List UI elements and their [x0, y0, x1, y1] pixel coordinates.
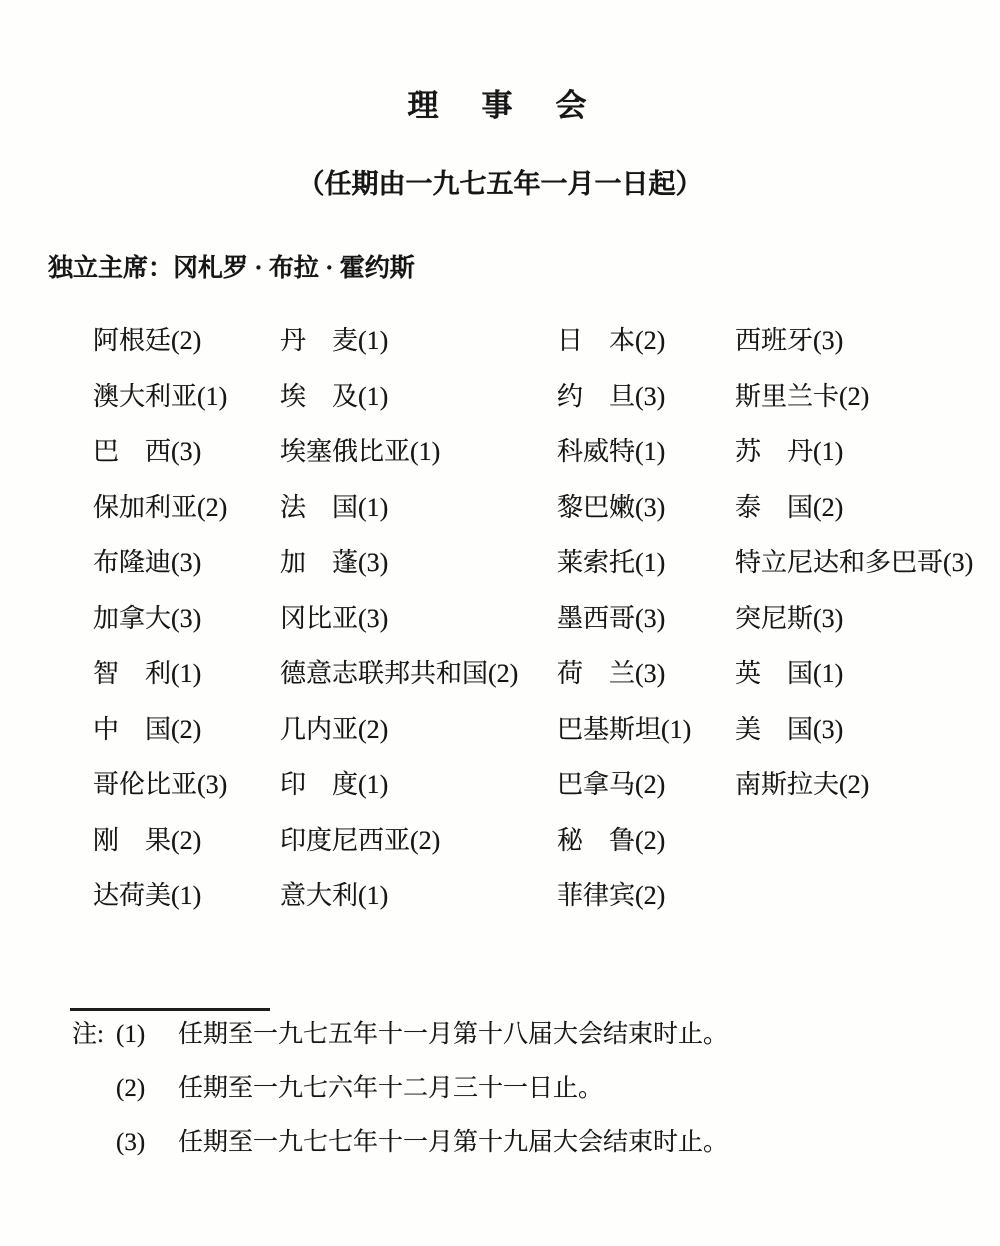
country-entry: 冈比亚(3): [280, 604, 557, 660]
country-entry: 巴拿马(2): [557, 770, 735, 826]
footnote-item: 注: (1) 任期至一九七五年十一月第十八届大会结束时止。: [72, 1019, 932, 1051]
footnote-text: 任期至一九七六年十二月三十一日止。: [178, 1073, 932, 1105]
footnote-number: (2): [116, 1073, 178, 1105]
country-entry: 莱索托(1): [557, 548, 735, 604]
country-entry: 丹 麦(1): [280, 326, 557, 382]
country-entry: 印度尼西亚(2): [280, 826, 557, 882]
term-start-subtitle: （任期由一九七五年一月一日起）: [0, 162, 1000, 201]
country-entry: 德意志联邦共和国(2): [280, 659, 557, 715]
document-title: 理 事 会: [0, 80, 1000, 125]
country-entry: 澳大利亚(1): [93, 382, 280, 438]
footnote-number: (3): [116, 1127, 178, 1159]
country-entry: 哥伦比亚(3): [93, 770, 280, 826]
country-entry: 智 利(1): [93, 659, 280, 715]
country-entry: 美 国(3): [735, 715, 973, 771]
footnote-divider: [70, 1008, 270, 1011]
footnotes: 注: (1) 任期至一九七五年十一月第十八届大会结束时止。 (2) 任期至一九七…: [72, 1019, 932, 1181]
country-entry: 约 旦(3): [557, 382, 735, 438]
country-entry: [735, 881, 973, 937]
footnote-number: (1): [116, 1019, 178, 1051]
country-entry: 加拿大(3): [93, 604, 280, 660]
country-entry: 加 蓬(3): [280, 548, 557, 604]
country-entry: 刚 果(2): [93, 826, 280, 882]
country-entry: 意大利(1): [280, 881, 557, 937]
country-entry: 科威特(1): [557, 437, 735, 493]
country-entry: 菲律宾(2): [557, 881, 735, 937]
country-entry: 达荷美(1): [93, 881, 280, 937]
footnote-item: (3) 任期至一九七七年十一月第十九届大会结束时止。: [72, 1127, 932, 1159]
country-entry: 荷 兰(3): [557, 659, 735, 715]
country-entry: 阿根廷(2): [93, 326, 280, 382]
chairman-name: 冈札罗 · 布拉 · 霍约斯: [173, 255, 415, 282]
country-entry: 印 度(1): [280, 770, 557, 826]
country-entry: 苏 丹(1): [735, 437, 973, 493]
country-entry: 埃 及(1): [280, 382, 557, 438]
country-entry: 突尼斯(3): [735, 604, 973, 660]
council-members-grid: 阿根廷(2)丹 麦(1)日 本(2)西班牙(3)澳大利亚(1)埃 及(1)约 旦…: [93, 326, 973, 937]
country-entry: 巴 西(3): [93, 437, 280, 493]
country-entry: 南斯拉夫(2): [735, 770, 973, 826]
country-entry: 特立尼达和多巴哥(3): [735, 548, 973, 604]
footnote-text: 任期至一九七七年十一月第十九届大会结束时止。: [178, 1127, 932, 1159]
country-entry: [735, 826, 973, 882]
country-entry: 几内亚(2): [280, 715, 557, 771]
country-entry: 斯里兰卡(2): [735, 382, 973, 438]
country-entry: 墨西哥(3): [557, 604, 735, 660]
country-entry: 泰 国(2): [735, 493, 973, 549]
footnote-label: 注:: [72, 1019, 116, 1051]
country-entry: 日 本(2): [557, 326, 735, 382]
country-entry: 保加利亚(2): [93, 493, 280, 549]
country-entry: 巴基斯坦(1): [557, 715, 735, 771]
chairman-line: 独立主席：冈札罗 · 布拉 · 霍约斯: [48, 248, 415, 284]
country-entry: 中 国(2): [93, 715, 280, 771]
chairman-label: 独立主席：: [48, 255, 173, 282]
country-entry: 秘 鲁(2): [557, 826, 735, 882]
country-entry: 英 国(1): [735, 659, 973, 715]
document-page: 理 事 会 （任期由一九七五年一月一日起） 独立主席：冈札罗 · 布拉 · 霍约…: [0, 0, 1000, 1246]
country-entry: 法 国(1): [280, 493, 557, 549]
country-entry: 埃塞俄比亚(1): [280, 437, 557, 493]
footnote-text: 任期至一九七五年十一月第十八届大会结束时止。: [178, 1019, 932, 1051]
country-entry: 西班牙(3): [735, 326, 973, 382]
country-entry: 布隆迪(3): [93, 548, 280, 604]
country-entry: 黎巴嫩(3): [557, 493, 735, 549]
footnote-item: (2) 任期至一九七六年十二月三十一日止。: [72, 1073, 932, 1105]
